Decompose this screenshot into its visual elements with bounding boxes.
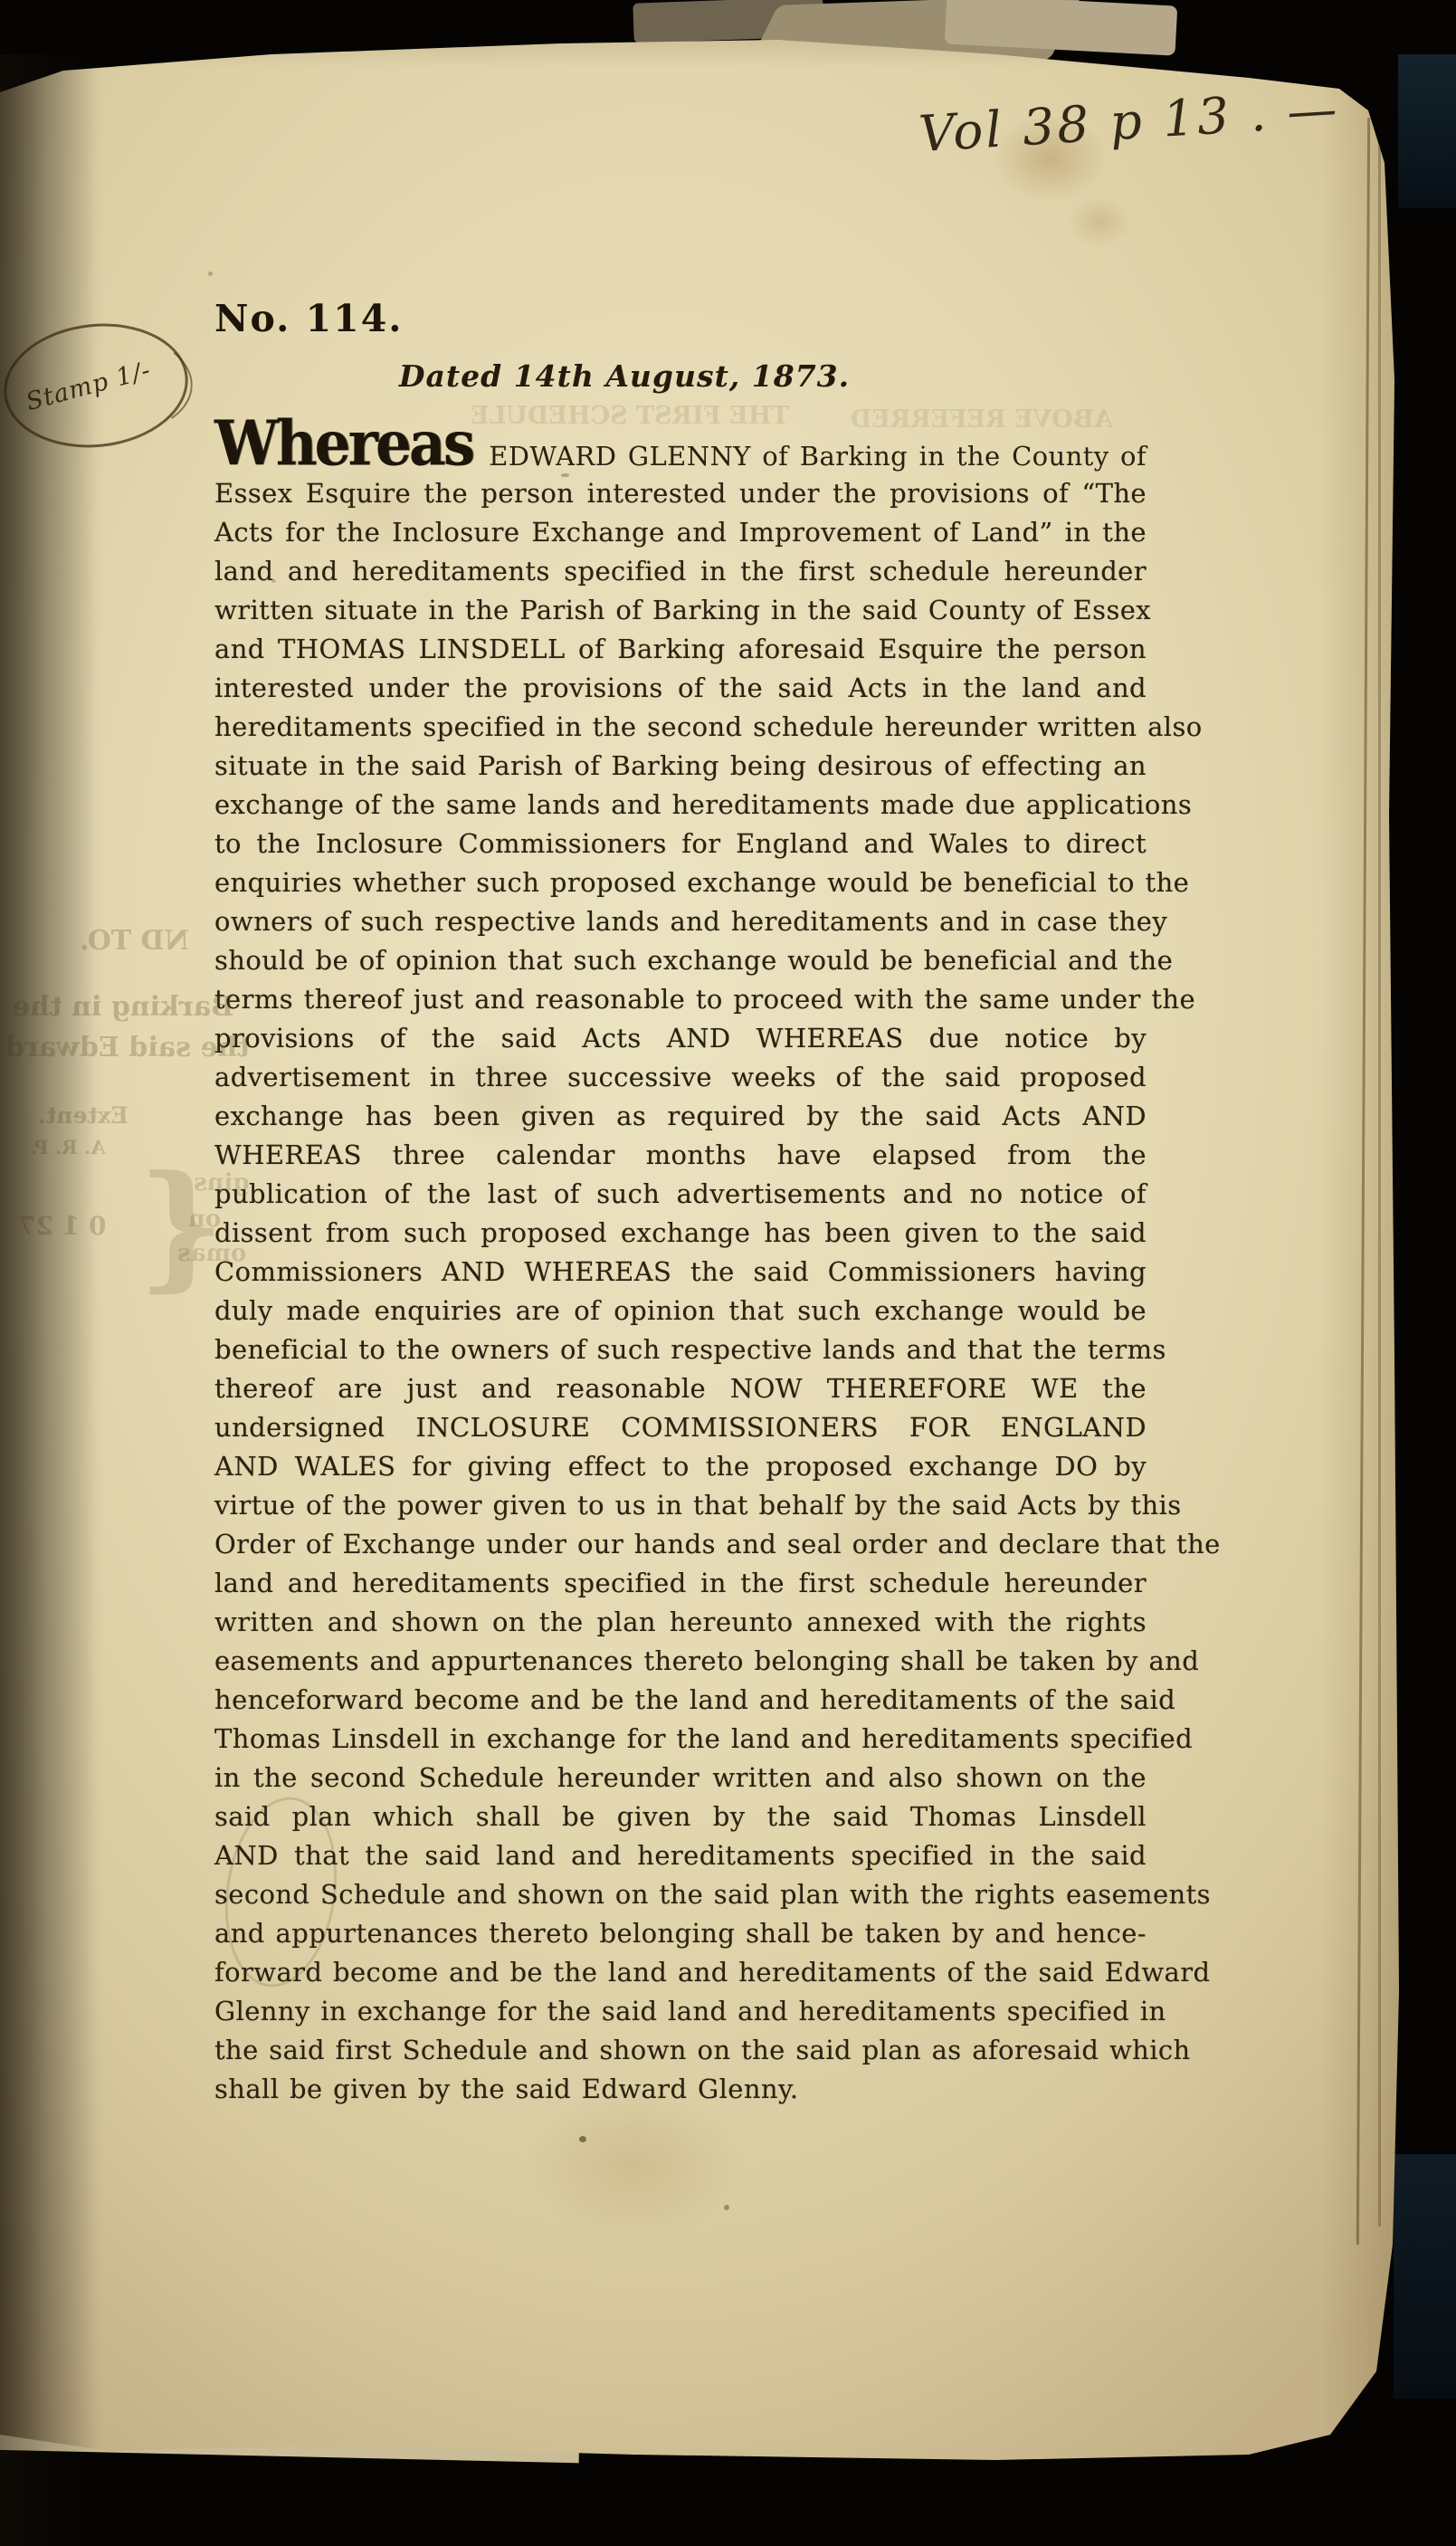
body-line: Glenny in exchange for the said land and… xyxy=(214,1992,1147,2031)
body-line: Thomas Linsdell in exchange for the land… xyxy=(214,1720,1147,1759)
body-line: undersigned INCLOSURE COMMISSIONERS FOR … xyxy=(214,1408,1147,1447)
body-line: hereditaments specified in the second sc… xyxy=(214,708,1147,747)
body-line: and THOMAS LINSDELL of Barking aforesaid… xyxy=(214,630,1147,669)
body-line: said plan which shall be given by the sa… xyxy=(214,1797,1147,1836)
body-line: situate in the said Parish of Barking be… xyxy=(214,747,1147,786)
body-line: in the second Schedule hereunder written… xyxy=(214,1759,1147,1797)
body-line: terms thereof just and reasonable to pro… xyxy=(214,980,1147,1019)
body-line: publication of the last of such advertis… xyxy=(214,1175,1147,1214)
bleedthrough-text: omas xyxy=(177,1240,246,1267)
body-line: thereof are just and reasonable NOW THER… xyxy=(214,1369,1147,1408)
bleedthrough-text: the said Edward xyxy=(5,1032,250,1063)
stamp-annotation-oval: Stamp 1/- xyxy=(0,315,195,457)
body-line: and appurtenances thereto belonging shal… xyxy=(214,1914,1147,1953)
body-text: Whereas EDWARD GLENNY of Barking in the … xyxy=(214,418,1147,2109)
body-line: WHEREAS three calendar months have elaps… xyxy=(214,1136,1147,1175)
body-line: dissent from such proposed exchange has … xyxy=(214,1214,1147,1253)
body-line: written situate in the Parish of Barking… xyxy=(214,591,1147,630)
body-line: provisions of the said Acts AND WHEREAS … xyxy=(214,1019,1147,1058)
body-line: shall be given by the said Edward Glenny… xyxy=(214,2070,1147,2109)
body-line: interested under the provisions of the s… xyxy=(214,669,1147,708)
bleedthrough-text: THE FIRST SCHEDULE xyxy=(471,402,789,430)
bleedthrough-text: 0 1 27 xyxy=(18,1211,106,1241)
bleedthrough-text: ABOVE REFERRED xyxy=(851,405,1113,434)
body-line: Essex Esquire the person interested unde… xyxy=(214,474,1147,513)
scanned-document-photo: Vol 38 p 13 . — Stamp 1/- No. 114. Dated… xyxy=(0,0,1456,2546)
bleedthrough-text: ND TO. xyxy=(80,925,189,957)
body-line: exchange has been given as required by t… xyxy=(214,1097,1147,1136)
body-line: virtue of the power given to us in that … xyxy=(214,1486,1147,1525)
body-line: second Schedule and shown on the said pl… xyxy=(214,1875,1147,1914)
page-text-layer: Vol 38 p 13 . — Stamp 1/- No. 114. Dated… xyxy=(0,0,1456,2546)
bleedthrough-text: Extent. xyxy=(38,1102,128,1129)
body-line: AND WALES for giving effect to the propo… xyxy=(214,1447,1147,1486)
body-line: duly made enquiries are of opinion that … xyxy=(214,1292,1147,1330)
document-number: No. 114. xyxy=(214,297,404,340)
body-line: the said first Schedule and shown on the… xyxy=(214,2031,1147,2070)
opening-line-rest: EDWARD GLENNY of Barking in the County o… xyxy=(489,441,1147,472)
body-line: written and shown on the plan hereunto a… xyxy=(214,1603,1147,1642)
body-line: should be of opinion that such exchange … xyxy=(214,941,1147,980)
body-line: beneficial to the owners of such respect… xyxy=(214,1330,1147,1369)
body-line: owners of such respective lands and here… xyxy=(214,902,1147,941)
body-line: land and hereditaments specified in the … xyxy=(214,552,1147,591)
opening-word-blackletter: Whereas xyxy=(214,414,472,472)
bleedthrough-text: on xyxy=(188,1206,221,1233)
body-line: advertisement in three successive weeks … xyxy=(214,1058,1147,1097)
body-line: Acts for the Inclosure Exchange and Impr… xyxy=(214,513,1147,552)
body-line: land and hereditaments specified in the … xyxy=(214,1564,1147,1603)
bleedthrough-text: gins xyxy=(194,1169,250,1197)
body-line: to the Inclosure Commissioners for Engla… xyxy=(214,825,1147,863)
body-line: henceforward become and be the land and … xyxy=(214,1681,1147,1720)
body-line: enquiries whether such proposed exchange… xyxy=(214,863,1147,902)
bleedthrough-text: Barking in the xyxy=(13,991,233,1023)
date-line: Dated 14th August, 1873. xyxy=(271,358,977,394)
body-line: forward become and be the land and hered… xyxy=(214,1953,1147,1992)
handwritten-volume-reference: Vol 38 p 13 . — xyxy=(918,76,1400,163)
body-lines: Essex Esquire the person interested unde… xyxy=(214,474,1147,2109)
body-line: Commissioners AND WHEREAS the said Commi… xyxy=(214,1253,1147,1292)
body-line: AND that the said land and hereditaments… xyxy=(214,1836,1147,1875)
body-line: Order of Exchange under our hands and se… xyxy=(214,1525,1147,1564)
body-line: exchange of the same lands and hereditam… xyxy=(214,786,1147,825)
bleedthrough-text: A. R. P. xyxy=(31,1136,106,1159)
body-line: easements and appurtenances thereto belo… xyxy=(214,1642,1147,1681)
